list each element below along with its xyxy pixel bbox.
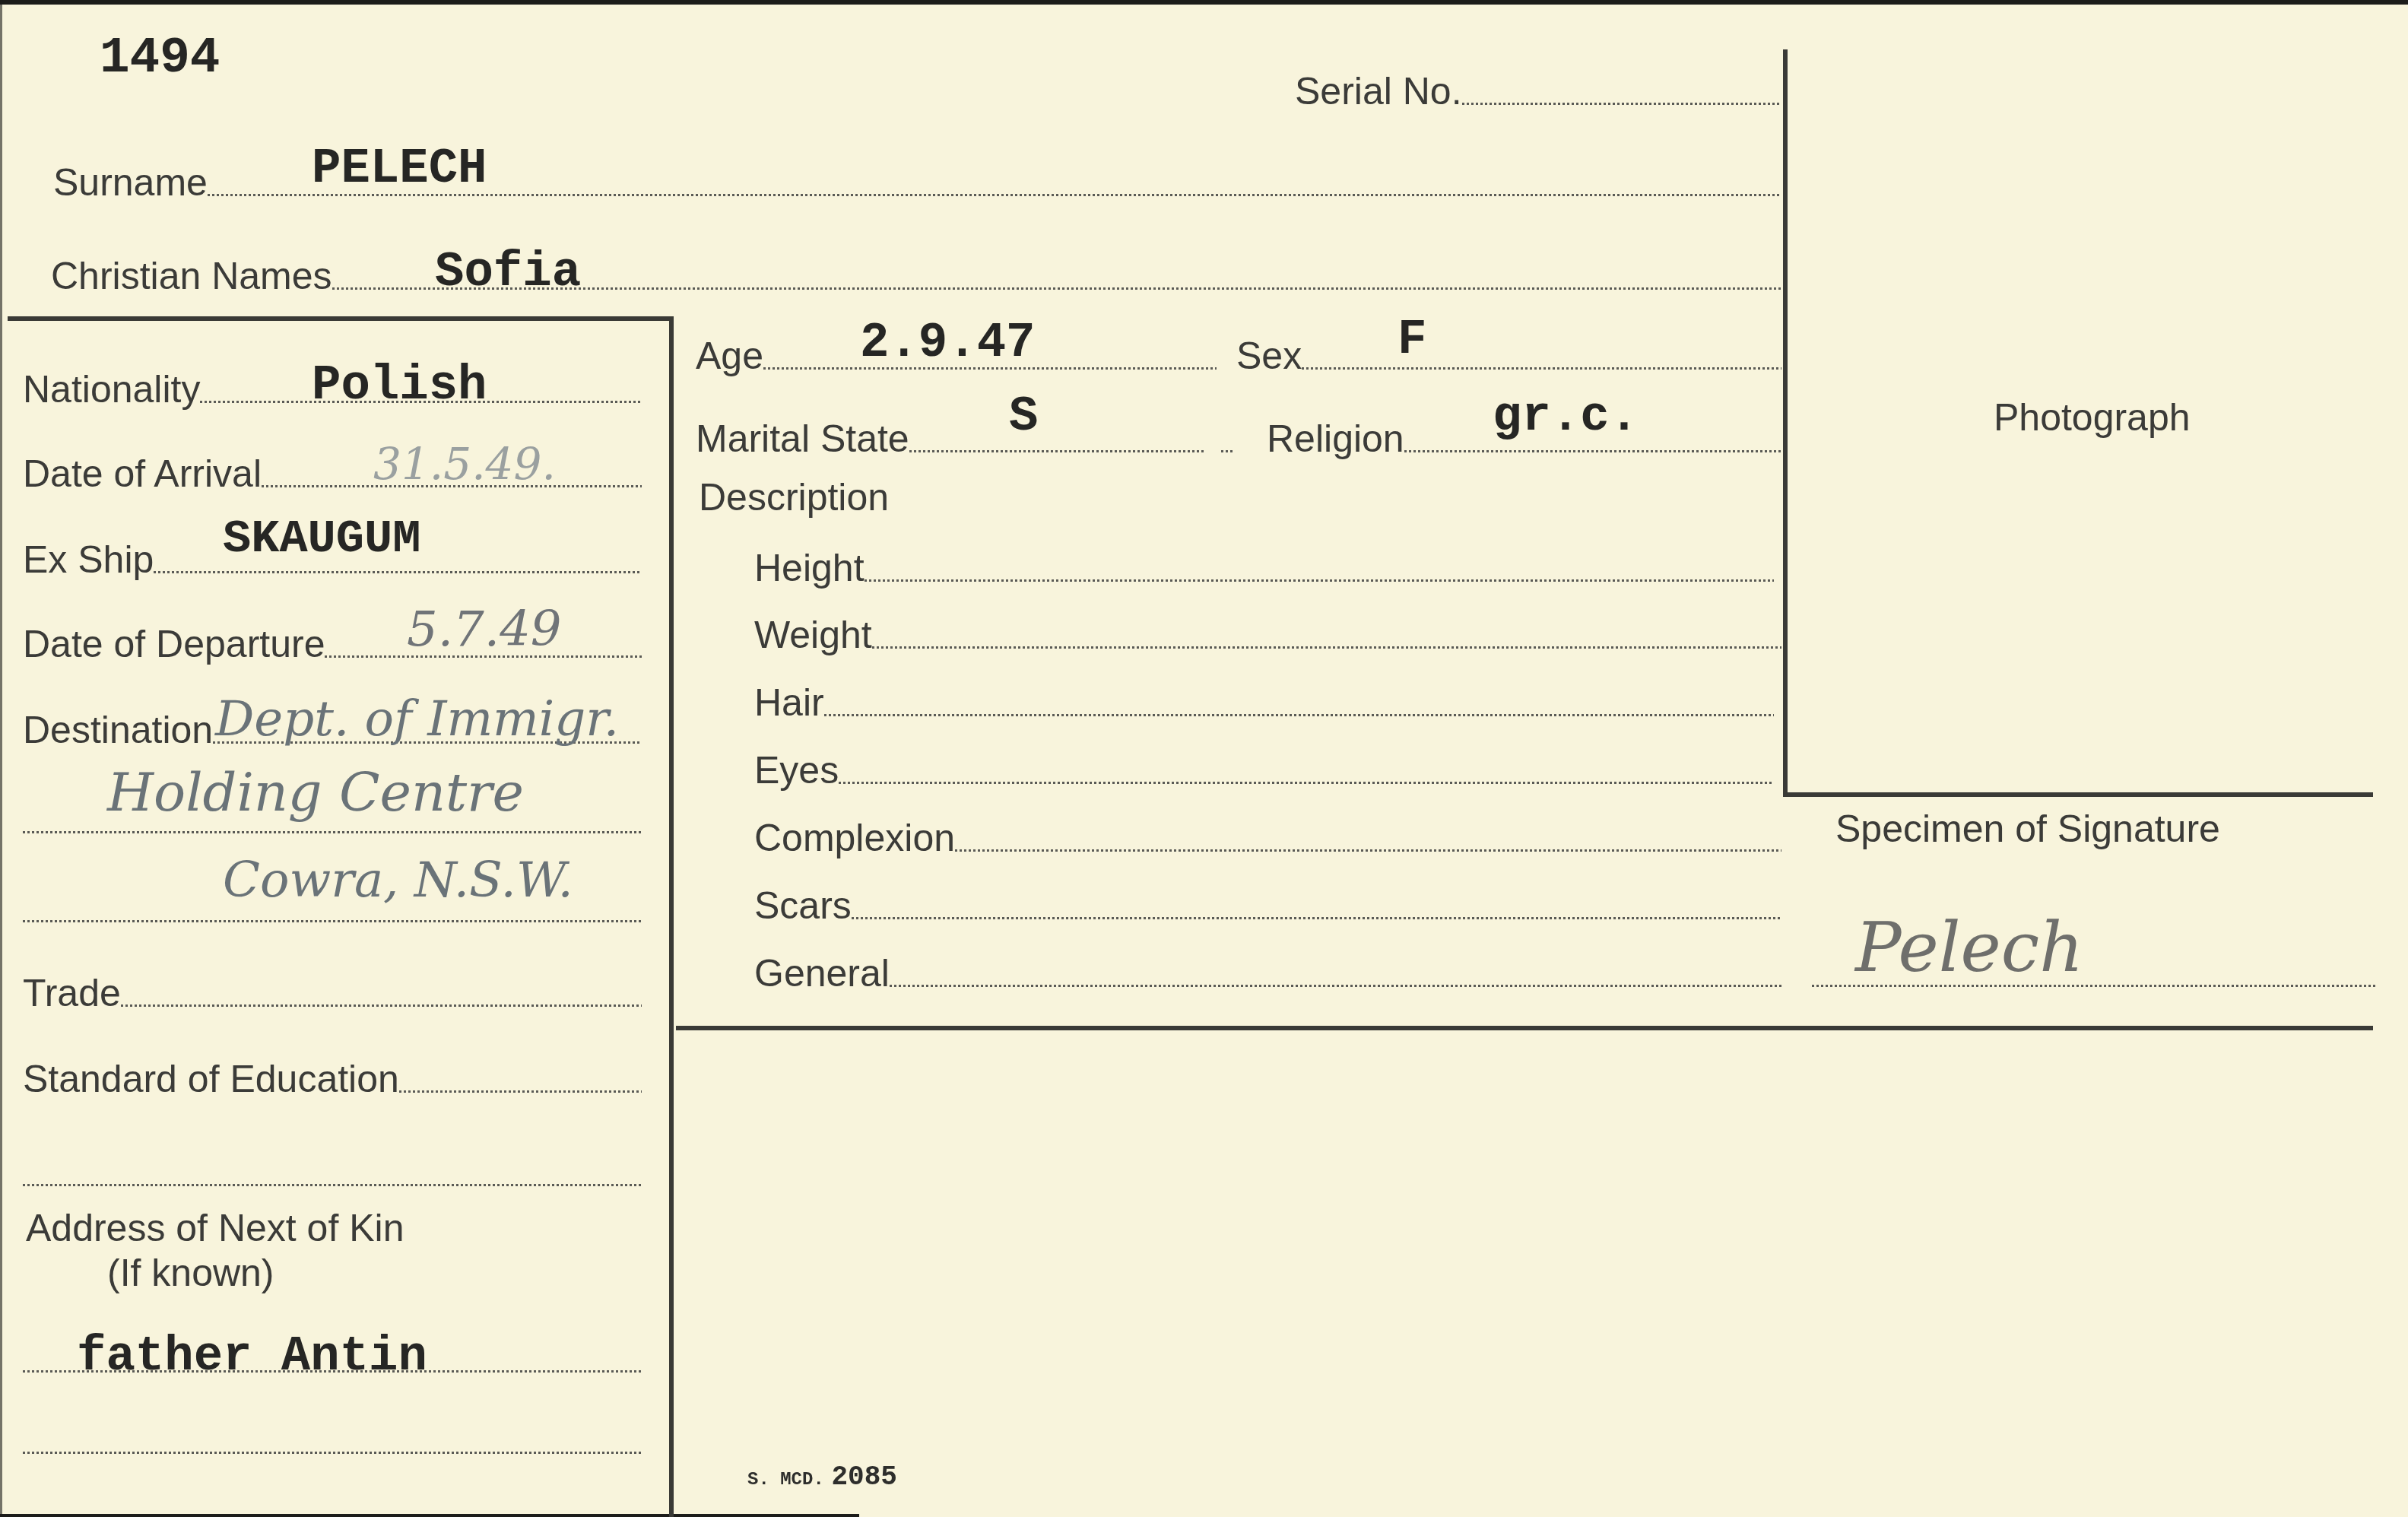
marital-state-value: S — [1009, 393, 1038, 442]
christian-names-row: Christian Names — [51, 257, 1781, 295]
next-of-kin-label: Address of Next of Kin — [26, 1209, 404, 1247]
card-bottom-edge — [0, 1514, 859, 1517]
nationality-label: Nationality — [23, 370, 200, 408]
card-left-edge — [0, 0, 2, 1517]
sex-line — [1302, 367, 1781, 370]
date-of-departure-value: 5.7.49 — [407, 605, 562, 654]
standard-of-education-label: Standard of Education — [23, 1060, 399, 1098]
standard-of-education-line — [399, 1090, 642, 1093]
hair-row: Hair — [754, 684, 1774, 722]
next-of-kin-line-2 — [23, 1452, 642, 1454]
surname-value: PELECH — [312, 145, 487, 194]
religion-line — [1404, 450, 1781, 452]
religion-label: Religion — [1267, 420, 1404, 458]
hair-label: Hair — [754, 684, 824, 722]
next-of-kin-line-1 — [23, 1370, 642, 1373]
form-code-number: 2085 — [831, 1461, 896, 1493]
next-of-kin-value: father Antin — [77, 1333, 427, 1382]
next-of-kin-sublabel: (If known) — [107, 1254, 274, 1292]
christian-names-value: Sofia — [435, 249, 581, 297]
marital-state-line — [909, 450, 1206, 452]
complexion-label: Complexion — [754, 819, 955, 857]
photograph-label: Photograph — [1994, 398, 2191, 436]
trade-label: Trade — [23, 974, 121, 1012]
marital-state-row: Marital State — [696, 420, 1206, 458]
date-of-arrival-label: Date of Arrival — [23, 455, 262, 493]
religion-value: gr.c. — [1493, 393, 1639, 442]
eyes-label: Eyes — [754, 751, 839, 789]
scars-line — [852, 917, 1781, 919]
signature-label: Specimen of Signature — [1835, 810, 2220, 848]
description-label: Description — [699, 478, 889, 516]
date-of-arrival-value: 31.5.49. — [373, 442, 556, 486]
form-code: S. MCD. 2085 — [747, 1461, 897, 1493]
height-label: Height — [754, 549, 865, 587]
scars-label: Scars — [754, 887, 852, 925]
trade-row: Trade — [23, 974, 642, 1012]
destination-value-line-2: Holding Centre — [107, 766, 524, 819]
serial-no-line — [1462, 103, 1781, 105]
sex-value: F — [1398, 316, 1426, 365]
ex-ship-line — [154, 571, 642, 573]
photo-box-left-rule — [1783, 49, 1788, 796]
destination-label: Destination — [23, 711, 213, 749]
height-line — [865, 579, 1774, 582]
complexion-line — [955, 849, 1781, 852]
photo-box-bottom-rule — [1783, 792, 2373, 797]
sex-label: Sex — [1236, 337, 1302, 375]
weight-label: Weight — [754, 616, 872, 654]
date-of-departure-label: Date of Departure — [23, 625, 325, 663]
standard-of-education-line-2 — [23, 1184, 642, 1186]
ex-ship-value: SKAUGUM — [223, 516, 420, 563]
destination-value-line-3: Cowra, N.S.W. — [223, 856, 573, 905]
weight-line — [872, 646, 1781, 649]
general-row: General — [754, 954, 1781, 992]
card-top-edge — [0, 0, 2408, 5]
general-label: General — [754, 954, 890, 992]
sex-row: Sex — [1236, 337, 1781, 375]
surname-label: Surname — [53, 163, 208, 202]
form-code-prefix: S. MCD. — [747, 1470, 824, 1490]
trade-line — [121, 1004, 642, 1007]
age-label: Age — [696, 337, 763, 375]
signature-line — [1812, 985, 2378, 987]
record-number: 1494 — [100, 33, 220, 84]
ex-ship-label: Ex Ship — [23, 541, 154, 579]
destination-line-2 — [23, 831, 642, 833]
left-panel-top-rule — [8, 316, 673, 321]
complexion-row: Complexion — [754, 819, 1781, 857]
destination-value-line-1: Dept. of Immigr. — [215, 695, 619, 744]
destination-line-3 — [23, 920, 642, 922]
age-value: 2.9.47 — [860, 319, 1035, 368]
general-line — [890, 985, 1781, 987]
eyes-line — [839, 782, 1774, 784]
marital-state-label: Marital State — [696, 420, 909, 458]
signature-value: Pelech — [1855, 914, 2083, 982]
religion-leader-dots — [1221, 450, 1235, 452]
weight-row: Weight — [754, 616, 1781, 654]
height-row: Height — [754, 549, 1774, 587]
left-panel-divider — [669, 316, 674, 1517]
serial-no-row: Serial No. — [1295, 72, 1781, 110]
eyes-row: Eyes — [754, 751, 1774, 789]
standard-of-education-row: Standard of Education — [23, 1060, 642, 1098]
nationality-value: Polish — [312, 362, 487, 411]
christian-names-label: Christian Names — [51, 257, 332, 295]
middle-bottom-rule — [676, 1026, 2373, 1030]
scars-row: Scars — [754, 887, 1781, 925]
hair-line — [824, 714, 1774, 716]
serial-no-label: Serial No. — [1295, 72, 1462, 110]
